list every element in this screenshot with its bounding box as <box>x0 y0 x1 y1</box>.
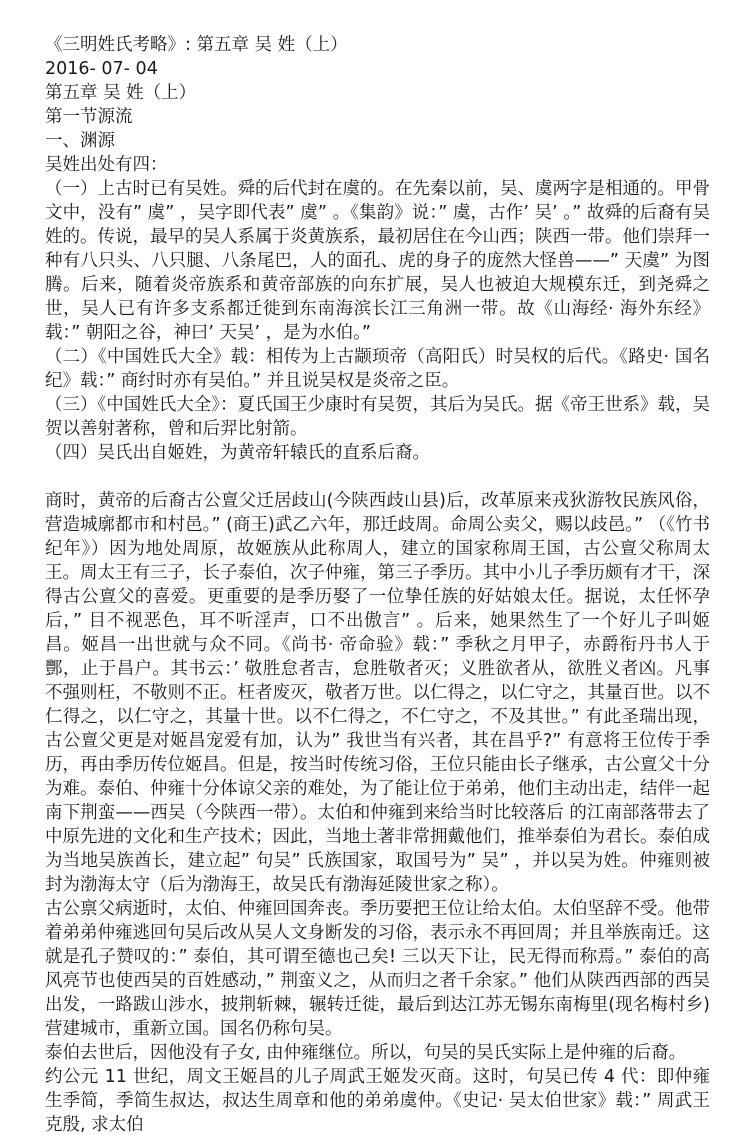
chapter-heading: 第五章 吴 姓（上） <box>45 81 710 105</box>
paragraph-source-4: （四）吴氏出自姬姓，为黄帝轩辕氏的直系后裔。 <box>45 441 710 465</box>
paragraph-shang-era-history: 商时，黄帝的后裔古公亶父迁居歧山(今陕西歧山县)后，改革原来戎狄游牧民族风俗，营… <box>45 489 710 897</box>
document-page: 《三明姓氏考略》: 第五章 吴 姓（上） 2016- 07- 04 第五章 吴 … <box>0 0 750 1135</box>
paragraph-source-1: （一）上古时已有吴姓。舜的后代封在虞的。在先秦以前，吴、虞两字是相通的。甲骨文中… <box>45 177 710 345</box>
publish-date: 2016- 07- 04 <box>45 57 710 81</box>
paragraph-zhongyong-succession: 泰伯去世后，因他没有子女, 由仲雍继位。所以，句吴的吴氏实际上是仲雍的后裔。 <box>45 1041 710 1065</box>
article-title: 《三明姓氏考略》: 第五章 吴 姓（上） <box>45 33 710 57</box>
paragraph-source-3: （三）《中国姓氏大全》：夏氏国王少康时有吴贺，其后为吴氏。据《帝王世系》载，吴贺… <box>45 393 710 441</box>
paragraph-zhou-dynasty-era: 约公元 11 世纪，周文王姬昌的儿子周武王姬发灭商。这时，句吴已传 4 代：即仲… <box>45 1065 710 1135</box>
subsection-heading: 一、渊源 <box>45 129 710 153</box>
section-heading: 第一节源流 <box>45 105 710 129</box>
paragraph-source-2: （二）《中国姓氏大全》载：相传为上古颛顼帝（高阳氏）时吴权的后代。《路史· 国名… <box>45 345 710 393</box>
intro-line: 吴姓出处有四： <box>45 153 710 177</box>
paragraph-taibo-flees-south: 古公禀父病逝时，太伯、仲雍回国奔丧。季历要把王位让给太伯。太伯坚辞不受。他带着弟… <box>45 897 710 1041</box>
